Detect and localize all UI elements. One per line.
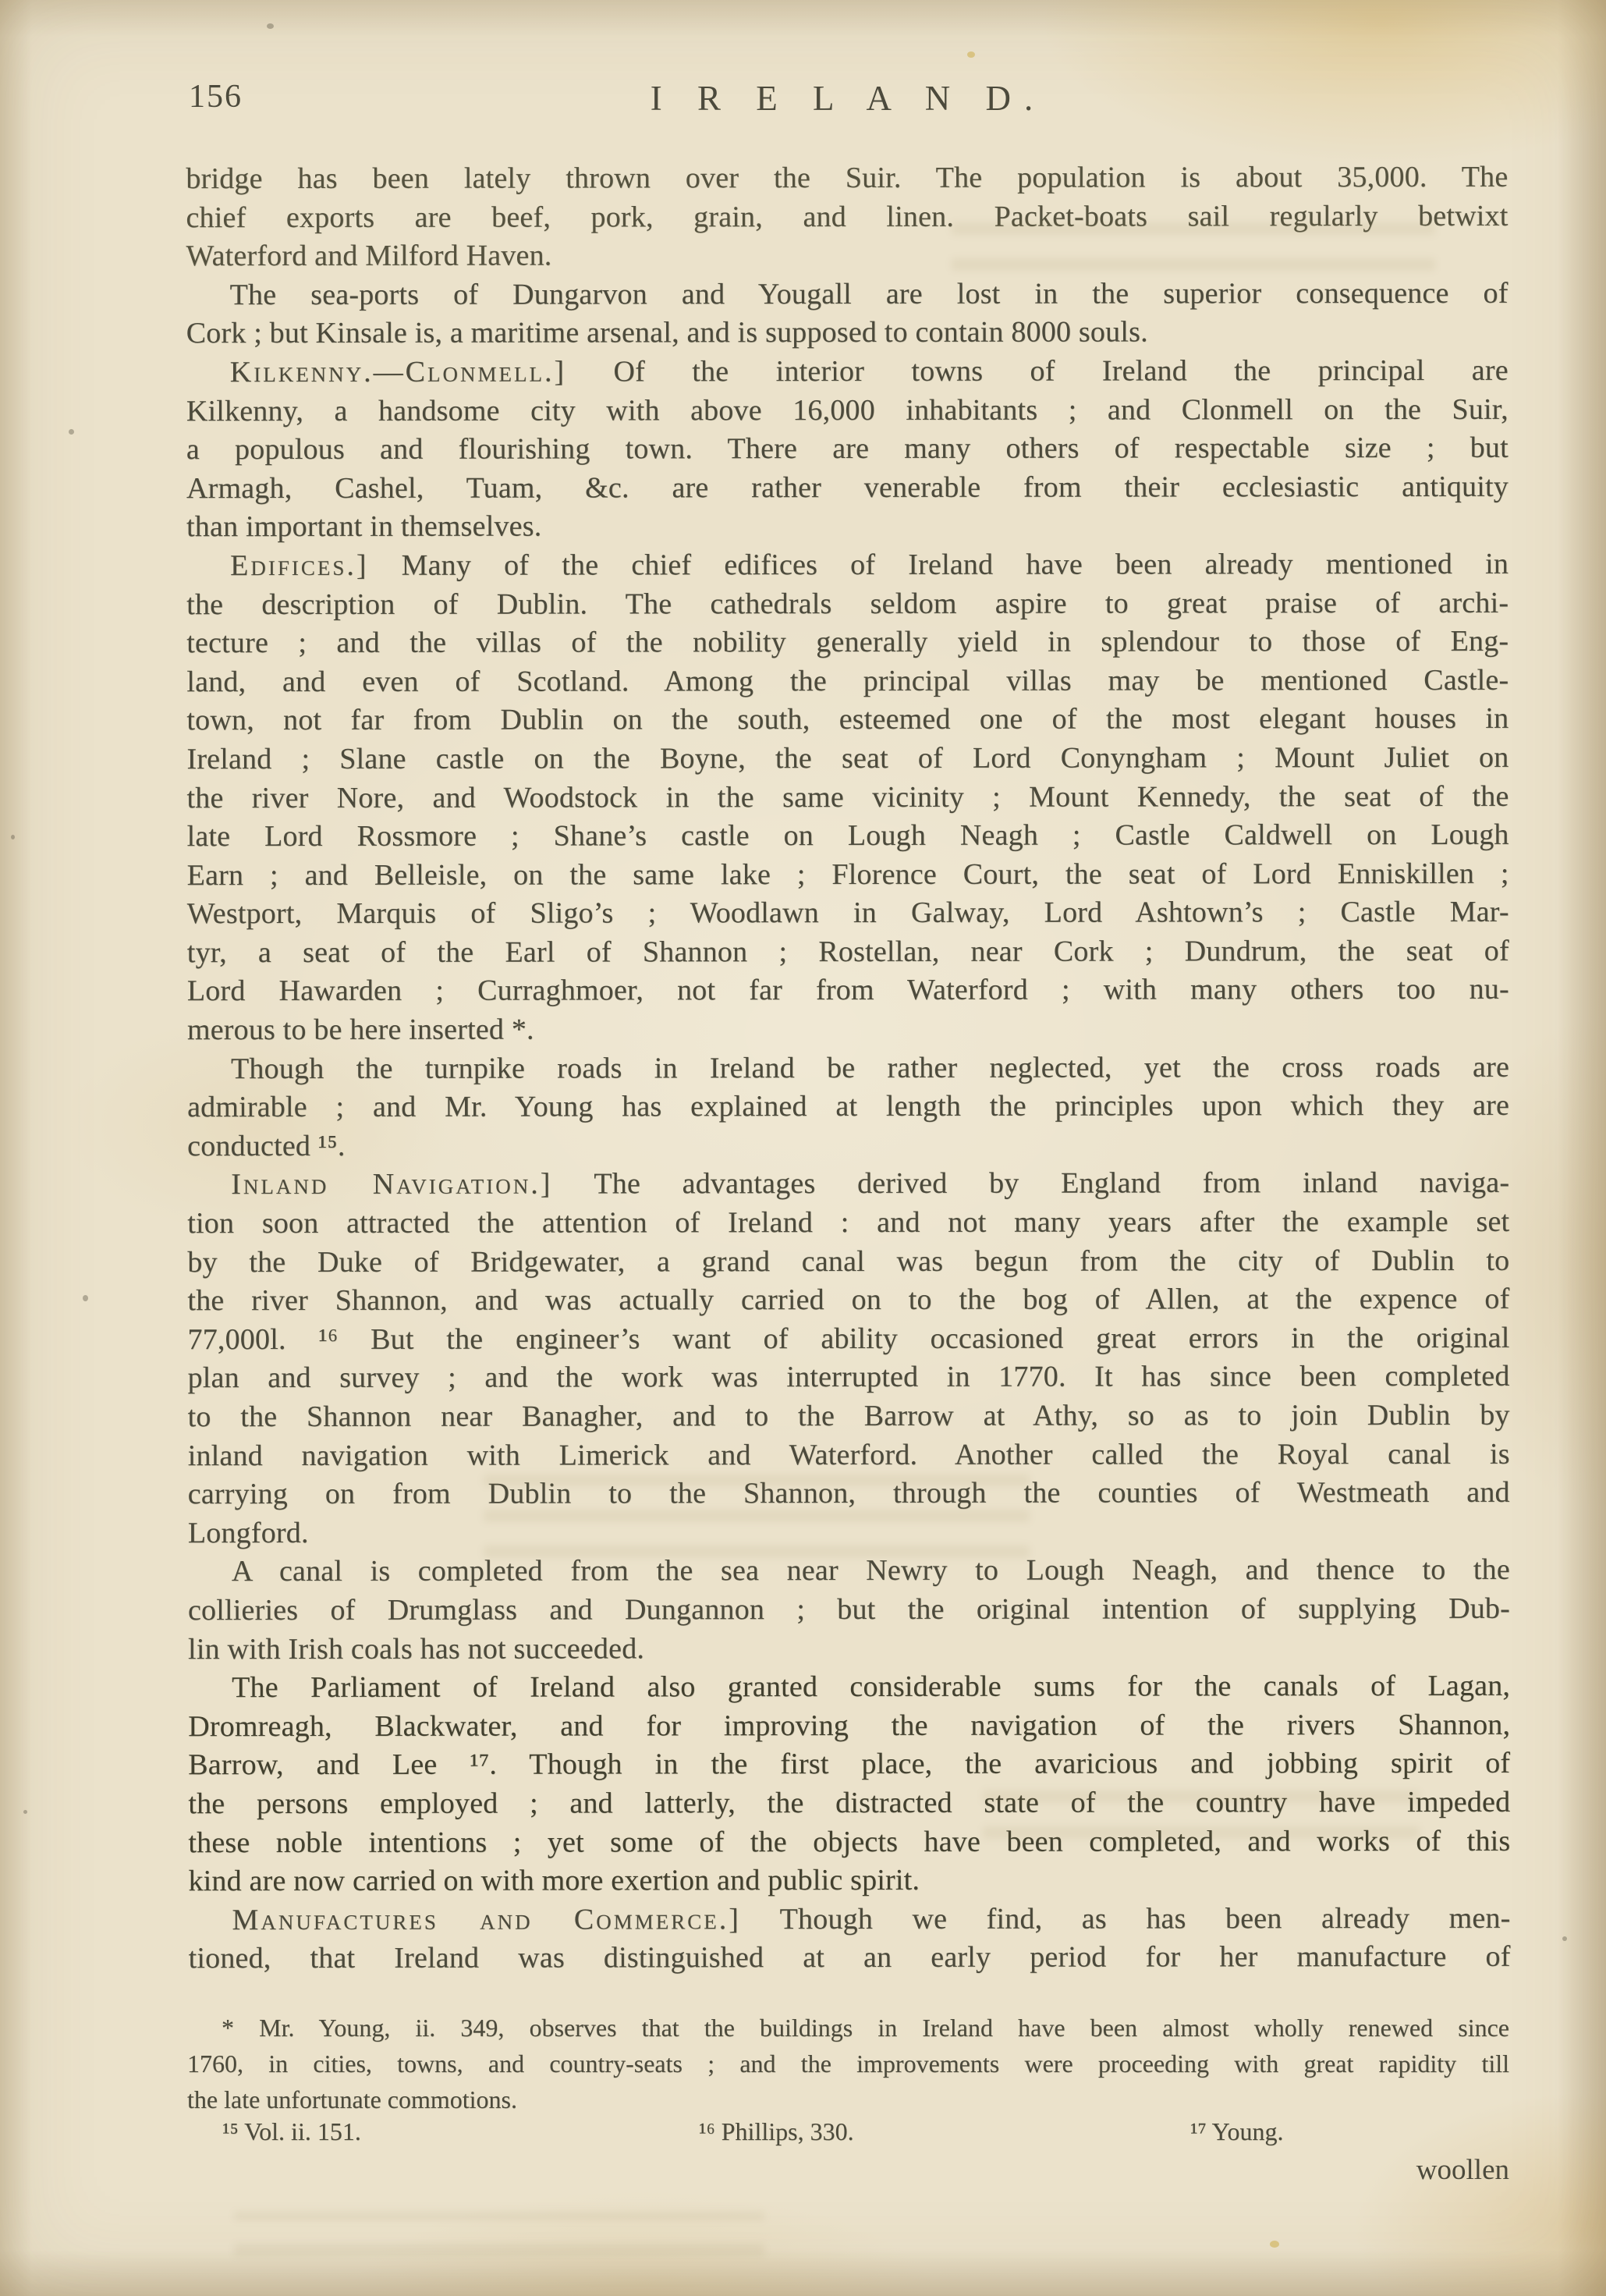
- text-line: inland navigation with Limerick and Wate…: [188, 1435, 1510, 1475]
- footnote-ref-15: ¹⁵ Vol. ii. 151.: [222, 2117, 361, 2146]
- text-line: lin with Irish coals has not succeeded.: [188, 1628, 1510, 1669]
- paper-speck: [1270, 2241, 1279, 2248]
- body-text: bridge has been lately thrown over the S…: [186, 158, 1510, 1978]
- heading-lead-text: Of the interior towns of Ireland the pri…: [613, 354, 1508, 389]
- section-heading-kilkenny-clonmell: Kilkenny.—Clonmell.]: [230, 355, 566, 389]
- text-line: Inland Navigation.] The advantages deriv…: [187, 1164, 1509, 1205]
- text-line: tyr, a seat of the Earl of Shannon ; Ros…: [187, 932, 1509, 973]
- text-line: tecture ; and the villas of the nobility…: [186, 623, 1509, 663]
- footnote-line: * Mr. Young, ii. 349, observes that the …: [187, 2010, 1509, 2046]
- page-showthrough-smudge: [484, 1474, 1030, 1568]
- page-showthrough-smudge: [234, 2212, 764, 2266]
- text-line: plan and survey ; and the work was inter…: [188, 1357, 1510, 1398]
- text-line: Manufactures and Commerce.] Though we fi…: [188, 1900, 1510, 1940]
- section-heading-manufactures-commerce: Manufactures and Commerce.]: [232, 1903, 740, 1936]
- page-showthrough-smudge: [952, 218, 1435, 281]
- text-line: admirable ; and Mr. Young has explained …: [187, 1087, 1509, 1127]
- text-line: Armagh, Cashel, Tuam, &c. are rather ven…: [186, 468, 1509, 509]
- text-line: bridge has been lately thrown over the S…: [186, 158, 1508, 199]
- text-line: Dromreagh, Blackwater, and for improving…: [188, 1706, 1510, 1747]
- text-line: the river Shannon, and was actually carr…: [187, 1280, 1509, 1321]
- paper-speck: [23, 1810, 27, 1814]
- footnote-ref-17: ¹⁷ Young.: [1190, 2117, 1283, 2146]
- paper-speck: [267, 23, 274, 29]
- text-line: The Parliament of Ireland also granted c…: [188, 1667, 1510, 1708]
- page-showthrough-smudge: [983, 1771, 1420, 1849]
- text-line: the river Nore, and Woodstock in the sam…: [186, 777, 1509, 818]
- text-line: to the Shannon near Banagher, and to the…: [188, 1396, 1510, 1437]
- paper-speck: [69, 429, 74, 435]
- heading-lead-text: The advantages derived by England from i…: [594, 1166, 1509, 1201]
- text-line: merous to be here inserted *.: [187, 1010, 1509, 1050]
- text-line: tioned, that Ireland was distinguished a…: [189, 1938, 1511, 1978]
- text-line: Kilkenny, a handsome city with above 16,…: [186, 390, 1509, 431]
- footnote-line: 1760, in cities, towns, and country-seat…: [187, 2046, 1509, 2081]
- text-line: collieries of Drumglass and Dungannon ; …: [188, 1590, 1510, 1631]
- text-line: the description of Dublin. The cathedral…: [186, 584, 1509, 624]
- text-line: town, not far from Dublin on the south, …: [186, 700, 1509, 740]
- text-line: by the Duke of Bridgewater, a grand cana…: [187, 1241, 1509, 1282]
- text-line: Though the turnpike roads in Ireland be …: [187, 1048, 1509, 1088]
- text-line: a populous and flourishing town. There a…: [186, 429, 1509, 470]
- text-line: Edifices.] Many of the chief edifices of…: [186, 545, 1509, 586]
- scanned-book-page: 156 I R E L A N D. bridge has been latel…: [0, 0, 1606, 2296]
- paper-speck: [1562, 1936, 1567, 1941]
- catchword-row: woollen: [187, 2153, 1509, 2192]
- section-heading-edifices: Edifices.]: [230, 549, 368, 582]
- text-line: tion soon attracted the attention of Ire…: [187, 1203, 1509, 1244]
- heading-lead-text: Many of the chief edifices of Ireland ha…: [402, 548, 1509, 582]
- footnote-line: the late unfortunate commotions.: [187, 2081, 1509, 2117]
- text-line: Earn ; and Belleisle, on the same lake ;…: [187, 855, 1509, 896]
- text-line: land, and even of Scotland. Among the pr…: [186, 662, 1509, 702]
- text-line: Ireland ; Slane castle on the Boyne, the…: [186, 739, 1509, 779]
- text-line: kind are now carried on with more exerti…: [188, 1861, 1510, 1901]
- catchword: woollen: [1416, 2154, 1509, 2186]
- text-line: Lord Hawarden ; Curraghmoer, not far fro…: [187, 971, 1509, 1011]
- paper-speck: [83, 1295, 88, 1301]
- text-line: late Lord Rossmore ; Shane’s castle on L…: [187, 816, 1509, 857]
- running-title: I R E L A N D.: [187, 78, 1509, 119]
- page-number: 156: [189, 78, 243, 115]
- paper-speck: [967, 51, 975, 58]
- paper-speck: [11, 835, 15, 839]
- footnote-block: * Mr. Young, ii. 349, observes that the …: [187, 2010, 1509, 2117]
- text-line: conducted ¹⁵.: [187, 1126, 1509, 1166]
- text-line: than important in themselves.: [186, 506, 1509, 547]
- text-line: Kilkenny.—Clonmell.] Of the interior tow…: [186, 352, 1509, 392]
- text-line: 77,000l. ¹⁶ But the engineer’s want of a…: [187, 1319, 1509, 1360]
- section-heading-inland-navigation: Inland Navigation.]: [231, 1168, 552, 1201]
- page-header: 156 I R E L A N D.: [187, 78, 1509, 119]
- footnote-ref-16: ¹⁶ Phillips, 330.: [699, 2117, 854, 2146]
- footnote-references: ¹⁵ Vol. ii. 151. ¹⁶ Phillips, 330. ¹⁷ Yo…: [187, 2117, 1509, 2153]
- text-line: Westport, Marquis of Sligo’s ; Woodlawn …: [187, 893, 1509, 934]
- text-line: Cork ; but Kinsale is, a maritime arsena…: [186, 313, 1509, 353]
- heading-lead-text: Though we find, as has been already men-: [780, 1902, 1511, 1936]
